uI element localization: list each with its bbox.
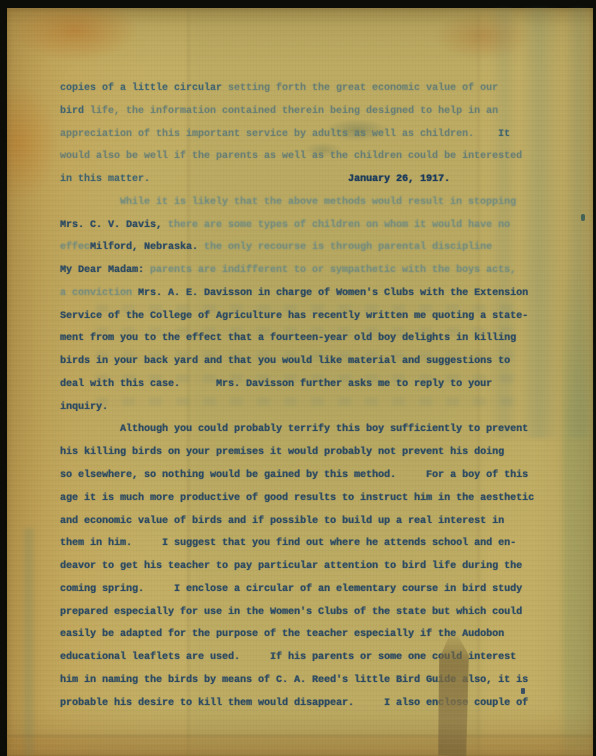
letter-line: and economic value of birds and if possi…	[60, 511, 565, 534]
bottom-dark-band	[7, 737, 593, 756]
faded-text-segment: effec	[60, 242, 90, 253]
letter-line: deal with this case. Mrs. Davisson furth…	[60, 374, 565, 397]
letter-line: them in him. I suggest that you find out…	[60, 533, 565, 556]
letter-line: While it is likely that the above method…	[60, 192, 565, 215]
letter-line: age it is much more productive of good r…	[60, 488, 565, 511]
letter-line: Mrs. C. V. Davis, there are some types o…	[60, 215, 565, 238]
text-segment: Milford, Nebraska.	[90, 242, 198, 253]
text-segment: birds in your back yard and that you wou…	[60, 356, 510, 367]
letter-line: prepared especially for use in the Women…	[60, 602, 565, 625]
letter-line: birds in your back yard and that you wou…	[60, 351, 565, 374]
letter-line: deavor to get his teacher to pay particu…	[60, 556, 565, 579]
faded-text-segment: the only recourse is through parental di…	[198, 242, 492, 253]
letter-line: appreciation of this important service b…	[60, 124, 565, 147]
letter-text: copies of a little circular setting fort…	[60, 78, 565, 715]
bottom-crease-line	[7, 735, 593, 737]
text-segment: probable his desire to kill them would d…	[60, 698, 528, 709]
text-segment: deal with this case. Mrs. Davisson furth…	[60, 379, 492, 390]
letter-line: easily be adapted for the purpose of the…	[60, 624, 565, 647]
text-segment: educational leaflets are used. If his pa…	[60, 652, 516, 663]
text-segment: would also be well if the parents as wel…	[60, 151, 522, 162]
right-green-streak	[563, 268, 591, 756]
text-segment: inquiry.	[60, 402, 108, 413]
letter-line: inquiry.	[60, 397, 565, 420]
text-segment: My Dear Madam:	[60, 265, 150, 276]
text-segment: ment from you to the effect that a fourt…	[60, 333, 516, 344]
letter-line: educational leaflets are used. If his pa…	[60, 647, 565, 670]
letter-line: My Dear Madam: parents are indifferent t…	[60, 260, 565, 283]
text-segment: life, the information contained therein …	[90, 106, 498, 117]
letter-line: Although you could probably terrify this…	[60, 419, 565, 442]
letter-line: him in naming the birds by means of C. A…	[60, 670, 565, 693]
text-segment: his killing birds on your premises it wo…	[60, 447, 504, 458]
letter-line: would also be well if the parents as wel…	[60, 146, 565, 169]
text-segment: him in naming the birds by means of C. A…	[60, 675, 528, 686]
text-segment: so elsewhere, so nothing would be gained…	[60, 470, 528, 481]
letter-line: Service of the College of Agriculture ha…	[60, 306, 565, 329]
faded-text-segment: there are some types of children on whom…	[168, 220, 510, 231]
faded-text-segment: While it is likely that the above method…	[120, 197, 516, 208]
text-segment: setting forth the great economic value o…	[228, 83, 498, 94]
letter-line: in this matter.January 26, 1917.	[60, 169, 565, 192]
letter-line: his killing birds on your premises it wo…	[60, 442, 565, 465]
text-segment: bird	[60, 106, 90, 117]
letter-line: copies of a little circular setting fort…	[60, 78, 565, 101]
text-segment: prepared especially for use in the Women…	[60, 607, 522, 618]
text-segment: copies of a little circular	[60, 83, 228, 94]
text-segment: Although you could probably terrify this…	[120, 424, 528, 435]
left-green-streak	[24, 528, 34, 756]
text-segment: appreciation of this important service b…	[60, 129, 498, 140]
letter-line: a conviction Mrs. A. E. Davisson in char…	[60, 283, 565, 306]
text-segment: in this matter.	[60, 174, 150, 185]
letter-line: ment from you to the effect that a fourt…	[60, 328, 565, 351]
text-segment: Mrs. A. E. Davisson in charge of Women's…	[138, 288, 528, 299]
text-segment: Service of the College of Agriculture ha…	[60, 311, 528, 322]
text-segment: Mrs. C. V. Davis,	[60, 220, 168, 231]
ink-speck	[581, 214, 585, 221]
text-segment: deavor to get his teacher to pay particu…	[60, 561, 522, 572]
letter-line: coming spring. I enclose a circular of a…	[60, 579, 565, 602]
letter-line: so elsewhere, so nothing would be gained…	[60, 465, 565, 488]
document-scan: copies of a little circular setting fort…	[0, 0, 596, 756]
faded-text-segment: a conviction	[60, 288, 138, 299]
letter-line: bird life, the information contained the…	[60, 101, 565, 124]
letter-line: probable his desire to kill them would d…	[60, 693, 565, 716]
text-segment: them in him. I suggest that you find out…	[60, 538, 516, 549]
letter-date: January 26, 1917.	[348, 169, 450, 192]
text-segment: easily be adapted for the purpose of the…	[60, 629, 504, 640]
text-segment: and economic value of birds and if possi…	[60, 516, 504, 527]
letter-line: effecMilford, Nebraska. the only recours…	[60, 237, 565, 260]
faded-text-segment: parents are indifferent to or sympatheti…	[150, 265, 516, 276]
text-segment: coming spring. I enclose a circular of a…	[60, 584, 522, 595]
text-segment: It	[498, 129, 510, 140]
text-segment: age it is much more productive of good r…	[60, 493, 534, 504]
letter-paper: copies of a little circular setting fort…	[7, 8, 593, 756]
